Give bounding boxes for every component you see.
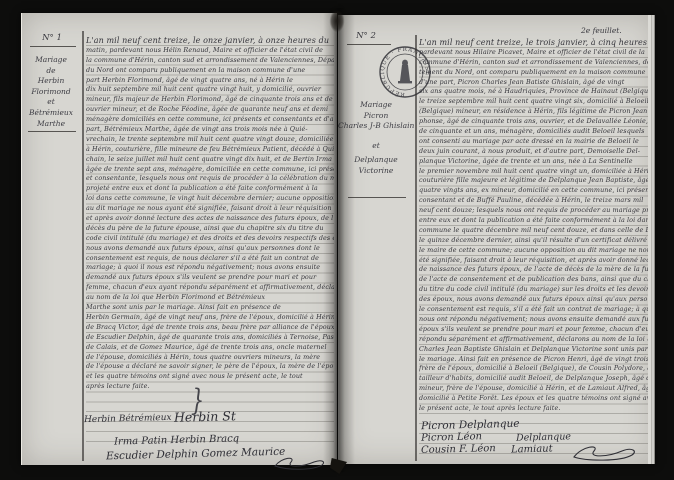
act-text-line: de cinquante et un ans, ménagère, domici… [419, 127, 652, 137]
folio-corner-note: 2e feuillet. [581, 26, 653, 35]
act-text-line: loi dans cette commune, le vingt huit dé… [86, 194, 334, 204]
act-text-line: âgée de trente sept ans, ménagère, domic… [86, 165, 334, 175]
margin-note-left: MariagedeHerbinFlorimondetBétrémieuxMart… [22, 55, 80, 129]
mayor-paraph-flourish-right [570, 443, 640, 463]
margin-note-line: de [22, 66, 80, 77]
act-text-line: phonse, âgé de cinquante trois ans, ouvr… [419, 117, 652, 127]
margin-note-underline [28, 131, 76, 132]
act-text-line: Herbin Germain, âgé de vingt neuf ans, f… [86, 313, 334, 323]
act-text-line: chain, le seize juillet mil huit cent qu… [86, 155, 334, 165]
margin-rule [415, 35, 417, 461]
act-text-line: après lecture faite. [86, 382, 334, 392]
act-text-line: répondu séparément et affirmativement, d… [419, 335, 652, 345]
margin-note-line: Charles J-B Ghislain [338, 121, 414, 132]
act-text-line: des époux, nous avons demandé aux futurs… [419, 295, 652, 305]
act-text-line: domicilié à Petite Forêt. Les époux et l… [419, 394, 652, 404]
margin-note-line: Bétrémieux [22, 108, 80, 119]
act-text-line: au dit mariage ne nous ayant été signifi… [86, 204, 334, 214]
act-text-line: tement du Nord, ont comparu publiquement… [419, 68, 652, 78]
act-text-line: de Calais, et de Gomez Maurice, âgé de t… [86, 343, 334, 353]
act-text-line: et après avoir donné lecture des actes d… [86, 214, 334, 224]
act-text-line: mineur, frère de l'épouse, domicilié à H… [419, 384, 652, 394]
left-page: N° 1 MariagedeHerbinFlorimondetBétrémieu… [21, 13, 337, 465]
act-text-line: L'an mil neuf cent treize, le onze janvi… [86, 36, 334, 46]
act-text-line: six ans quatre mois, né à Haudriquies, P… [419, 87, 652, 97]
act-text-left: L'an mil neuf cent treize, le onze janvi… [86, 36, 334, 451]
act-text-line: part Herbin Florimond, âgé de vingt quat… [86, 76, 334, 86]
act-number-left: N° 1 [26, 33, 78, 43]
act-text-line: le consentement est requis, s'il a été f… [419, 305, 652, 315]
act-text-line: L'an mil neuf cent treize, le trois janv… [419, 38, 652, 48]
margin-note-line: et [22, 97, 80, 108]
act-text-line: le présent acte, le tout après lecture f… [419, 404, 652, 414]
act-text-line: quatre vingts ans, ex mineur, domicilié … [419, 186, 652, 196]
act-text-line: couturière fille majeure et légitime de … [419, 176, 652, 186]
act-text-line: de l'épouse, domiciliés à Hérin, tous qu… [86, 353, 334, 363]
signature-delplanque-2: Delplanque [516, 431, 571, 443]
act-text-line: code civil intitulé (du mariage) et des … [86, 234, 334, 244]
page-stack-edge [648, 15, 655, 464]
act-text-line: décès du père de la future épouse, ainsi… [86, 224, 334, 234]
act-text-line: femme, chacun d'eux ayant répondu séparé… [86, 283, 334, 293]
act-text-line: deux juin courant, à nous produit, et d'… [419, 147, 652, 157]
act-text-line: et consentante, lesquels nous ont requis… [86, 174, 334, 184]
act-text-line: demandé aux futurs époux s'ils veulent s… [86, 273, 334, 283]
act-text-line: part, Bétrémieux Marthe, âgée de vingt a… [86, 125, 334, 135]
margin-note-line: et [338, 141, 414, 152]
act-text-line: entre eux et dont la publication a été f… [419, 216, 652, 226]
margin-note-line: Picron [338, 111, 414, 122]
margin-note-line: Delplanque [338, 155, 414, 166]
act-text-line: matin, pardevant nous Hélin Renaud, Mair… [86, 46, 334, 56]
margin-note-line: Marthe [22, 119, 80, 130]
margin-note-line: Herbin [22, 76, 80, 87]
act-text-line: frère de l'époux, domicilié à Beloeil (B… [419, 364, 652, 374]
right-page: 2e feuillet. N° 2 RÉPUBLIQUE · FRANÇAISE… [338, 15, 655, 464]
act-text-line: été signifiée, faisant droit à leur réqu… [419, 256, 652, 266]
mayor-paraph-flourish-left [272, 455, 328, 471]
act-text-line: au nom de la loi que Herbin Florimond et… [86, 293, 334, 303]
act-text-line: d'une part, Picron Charles Jean Batiste … [419, 78, 652, 88]
act-text-line: du Nord ont comparu publiquement en la m… [86, 66, 334, 76]
act-text-line: le treize septembre mil huit cent quatre… [419, 97, 652, 107]
signature-lamiaut: Lamiaut [511, 443, 553, 455]
act-text-line: tailleur d'habits, domicilié audit Beloe… [419, 374, 652, 384]
act-text-line: consentant et de Buffé Pauline, décédée … [419, 196, 652, 206]
register-scan: N° 1 MariagedeHerbinFlorimondetBétrémieu… [0, 0, 674, 480]
act-text-line: le quinze décembre dernier, ainsi qu'il … [419, 236, 652, 246]
act-text-line: la commune d'Hérin, canton sud et arrond… [86, 56, 334, 66]
signature-herbin-st: Herbin St [174, 408, 236, 425]
margin-note-line: Florimond [22, 87, 80, 98]
act-text-line: Marthe sont unis par le mariage. Ainsi f… [86, 303, 334, 313]
act-text-line: commune le quatre décembre mil neuf cent… [419, 226, 652, 236]
act-text-line: le premier novembre mil huit cent quatre… [419, 167, 652, 177]
act-text-line: mineur, fils majeur de Herbin Florimond,… [86, 95, 334, 105]
act-text-line: ont consenti au mariage par acte dressé … [419, 137, 652, 147]
act-text-line: de l'épouse a déclaré ne savoir signer, … [86, 362, 334, 372]
act-text-line: nous avons demandé aux futurs époux, ain… [86, 244, 334, 254]
act-text-line: pardevant nous Hilaire Picavet, Maire et… [419, 48, 652, 58]
act-text-line: ouvrier mineur, et de Roche Féodine, âgé… [86, 105, 334, 115]
margin-rule [82, 31, 84, 461]
margin-note-line: Victorine [338, 166, 414, 177]
margin-note-right: MariagePicronCharles J-B GhislainetDelpl… [338, 100, 414, 177]
act-text-line: à Hérin, couturière, fille mineure de fe… [86, 145, 334, 155]
act-number-right: N° 2 [342, 31, 390, 41]
act-text-line: de Bracq Victor, âgé de trente trois ans… [86, 323, 334, 333]
act-text-line: projeté entre eux et dont la publication… [86, 184, 334, 194]
margin-note-underline [348, 197, 406, 198]
act-text-line: Charles Jean Baptiste Ghislain et Delpla… [419, 345, 652, 355]
act-text-line: de Escudier Delphin, âgé de quarante tro… [86, 333, 334, 343]
act-text-line: le maire de cette commune; aucune opposi… [419, 246, 652, 256]
signature-cousin-leon: Cousin F. Léon [421, 443, 496, 456]
act-text-line: dix huit septembre mil huit cent quatre … [86, 85, 334, 95]
act-text-line: vrechain, le trente septembre mil huit c… [86, 135, 334, 145]
act-text-line: de l'acte de consentement et de publicat… [419, 275, 652, 285]
act-number-underline [30, 46, 76, 47]
gutter-ink-smudge [327, 6, 347, 36]
margin-note-line: Mariage [338, 100, 414, 111]
act-text-line: du titre du code civil intitulé (du mari… [419, 285, 652, 295]
act-text-right: L'an mil neuf cent treize, le trois janv… [419, 38, 652, 459]
act-text-line: (Belgique) mineur, en résidence à Hérin,… [419, 107, 652, 117]
act-text-line: commune d'Hérin, canton sud et arrondiss… [419, 58, 652, 68]
margin-note-line: Mariage [22, 55, 80, 66]
act-text-line: consentement est requis, de nous déclare… [86, 254, 334, 264]
act-text-line: le mariage. Ainsi fait en présence de Pi… [419, 355, 652, 365]
act-text-line: mariage; à quoi il nous est répondu néga… [86, 263, 334, 273]
act-text-line: planque Victorine, âgée de trente et un … [419, 157, 652, 167]
act-text-line: époux s'ils veulent se prendre pour mari… [419, 325, 652, 335]
act-text-line: neuf cent douze; lesquels nous ont requi… [419, 206, 652, 216]
act-text-line: de naissance des futurs époux, de l'acte… [419, 265, 652, 275]
act-text-line: et les quatre témoins ont signé avec nou… [86, 372, 334, 382]
act-text-line: ménagère domiciliés en cette commune, ic… [86, 115, 334, 125]
signature-picron-delplanque: Picron Delplanque [421, 418, 520, 433]
act-text-line: nous ont répondu négativement; nous avon… [419, 315, 652, 325]
signature-picron-leon: Picron Léon [421, 431, 482, 444]
